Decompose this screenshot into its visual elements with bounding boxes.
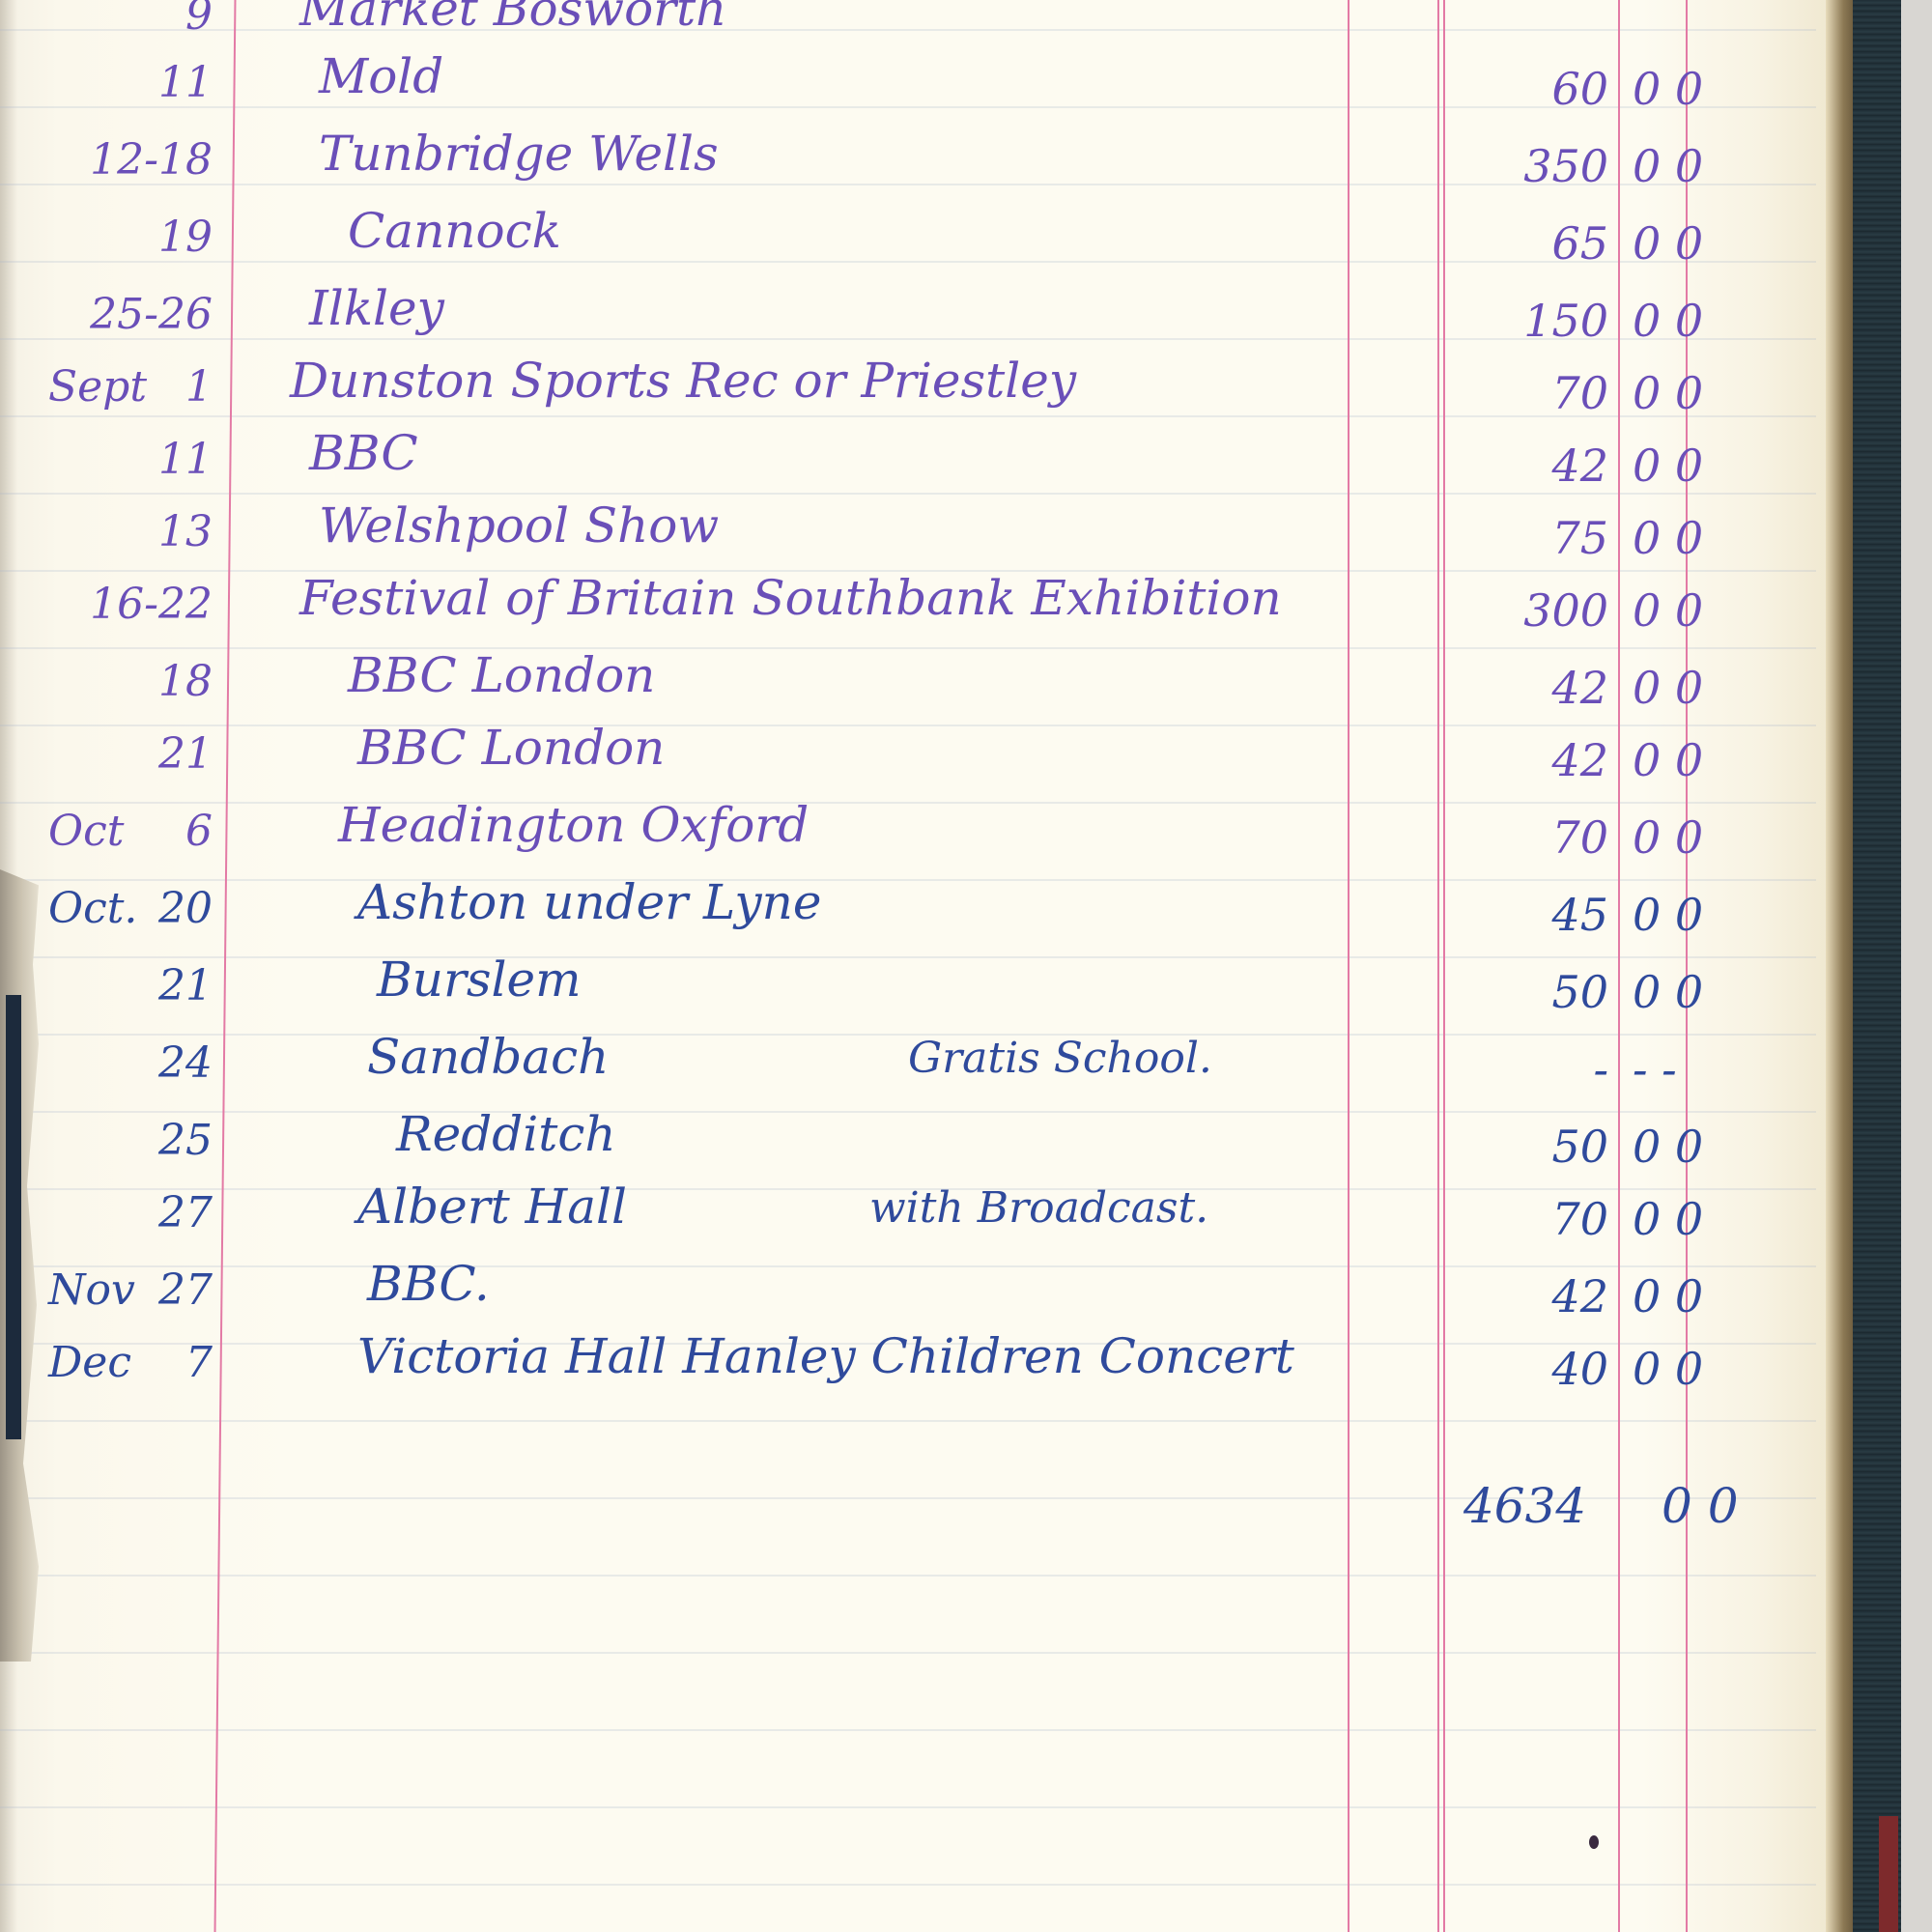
page-stack-edge [1826, 0, 1855, 1932]
entry-pounds: 65 [1492, 217, 1608, 270]
entry-pence: 0 0 [1633, 63, 1703, 115]
entry-date: 9 [0, 0, 213, 40]
entry-description: Albert Hall [357, 1179, 627, 1235]
entry-description: Ashton under Lyne [357, 874, 821, 930]
total-pounds: 4634 [1463, 1478, 1586, 1534]
entry-date: 24 [0, 1038, 213, 1088]
entry-pence: 0 0 [1633, 811, 1703, 864]
entry-pence: 0 0 [1633, 440, 1703, 492]
entry-description: Sandbach [367, 1029, 609, 1085]
entry-note: Gratis School. [908, 1034, 1212, 1083]
ruled-line [0, 1575, 1816, 1577]
background-surface [1901, 0, 1932, 1932]
entry-date: 21 [0, 961, 213, 1010]
entry-pounds: 40 [1492, 1343, 1608, 1395]
entry-pounds: 50 [1492, 1121, 1608, 1173]
entry-date: 11 [0, 58, 213, 107]
entry-date: 25 [0, 1116, 213, 1165]
entry-description: Welshpool Show [319, 497, 719, 554]
entry-description: Redditch [396, 1106, 616, 1162]
ruled-line [0, 1806, 1816, 1808]
entry-pounds: 45 [1492, 889, 1608, 941]
entry-description: BBC. [367, 1256, 490, 1312]
ruled-line [0, 1652, 1816, 1654]
entry-date: 7 [0, 1338, 213, 1387]
entry-description: Market Bosworth [299, 0, 726, 37]
entry-description: Ilkley [309, 280, 444, 336]
entry-date: 27 [0, 1188, 213, 1237]
entry-pence: 0 0 [1633, 889, 1703, 941]
date-column-rule [214, 0, 237, 1932]
entry-pounds: 42 [1492, 734, 1608, 786]
entry-date: 16-22 [0, 580, 213, 629]
entry-date: 6 [0, 807, 213, 856]
total-pence: 0 0 [1662, 1478, 1739, 1534]
entry-description: Festival of Britain Southbank Exhibition [299, 570, 1282, 626]
entry-pounds: 300 [1492, 584, 1608, 637]
entry-pence: 0 0 [1633, 584, 1703, 637]
entry-pence: 0 0 [1633, 734, 1703, 786]
pounds-column-rule-b [1443, 0, 1445, 1932]
entry-pounds: 70 [1492, 1193, 1608, 1245]
entry-pence: 0 0 [1633, 512, 1703, 564]
entry-pounds: 42 [1492, 662, 1608, 714]
ruled-line [0, 879, 1816, 881]
entry-description: Headington Oxford [338, 797, 809, 853]
entry-date: 12-18 [0, 135, 213, 185]
entry-pounds: 70 [1492, 367, 1608, 419]
entry-pence: 0 0 [1633, 1270, 1703, 1322]
ruled-line [0, 1111, 1816, 1113]
entry-pounds: 150 [1492, 295, 1608, 347]
entry-description: Tunbridge Wells [319, 126, 719, 182]
entry-pence: 0 0 [1633, 140, 1703, 192]
entry-pence: 0 0 [1633, 295, 1703, 347]
entry-description: BBC London [348, 647, 655, 703]
entry-pence: 0 0 [1633, 662, 1703, 714]
ruled-line [0, 1729, 1816, 1731]
ruled-line [0, 1420, 1816, 1422]
ink-blot [1589, 1835, 1599, 1849]
entry-date: 19 [0, 213, 213, 262]
entry-pounds: 60 [1492, 63, 1608, 115]
entry-description: Mold [319, 48, 443, 104]
entry-pounds: 75 [1492, 512, 1608, 564]
entry-pounds: - [1492, 1043, 1608, 1095]
entry-pounds: 350 [1492, 140, 1608, 192]
entry-pence: 0 0 [1633, 367, 1703, 419]
ruled-line [0, 647, 1816, 649]
entry-description: Burslem [377, 952, 582, 1008]
binding-red-trim [1879, 1816, 1898, 1932]
entry-pence: - - [1633, 1043, 1677, 1095]
ruled-line [0, 956, 1816, 958]
ruled-line [0, 493, 1816, 495]
entry-description: BBC London [357, 720, 665, 776]
entry-date: 13 [0, 507, 213, 556]
entry-date: 21 [0, 729, 213, 779]
book-binding [1853, 0, 1901, 1932]
ledger-page: 9Market Bosworth11Mold600 012-18Tunbridg… [0, 0, 1840, 1932]
entry-pounds: 50 [1492, 966, 1608, 1018]
entry-pounds: 42 [1492, 440, 1608, 492]
entry-date: 25-26 [0, 290, 213, 339]
ruled-line [0, 1884, 1816, 1886]
entry-note: with Broadcast. [869, 1183, 1208, 1233]
entry-pence: 0 0 [1633, 1193, 1703, 1245]
entry-description: Cannock [348, 203, 561, 259]
entry-date: 27 [0, 1265, 213, 1315]
entry-description: Dunston Sports Rec or Priestley [290, 353, 1076, 409]
ruled-line [0, 802, 1816, 804]
ruled-line [0, 29, 1816, 31]
entry-description: Victoria Hall Hanley Children Concert [357, 1328, 1294, 1384]
entry-pounds: 70 [1492, 811, 1608, 864]
entry-pounds: 42 [1492, 1270, 1608, 1322]
entry-date: 1 [0, 362, 213, 412]
entry-date: 18 [0, 657, 213, 706]
entry-date: 11 [0, 435, 213, 484]
entry-description: BBC [309, 425, 418, 481]
entry-date: 20 [0, 884, 213, 933]
shillings-column-rule [1618, 0, 1620, 1932]
pounds-column-rule-a [1437, 0, 1439, 1932]
description-column-rule [1348, 0, 1350, 1932]
ruled-line [0, 724, 1816, 726]
entry-pence: 0 0 [1633, 1121, 1703, 1173]
entry-pence: 0 0 [1633, 1343, 1703, 1395]
entry-pence: 0 0 [1633, 217, 1703, 270]
entry-pence: 0 0 [1633, 966, 1703, 1018]
